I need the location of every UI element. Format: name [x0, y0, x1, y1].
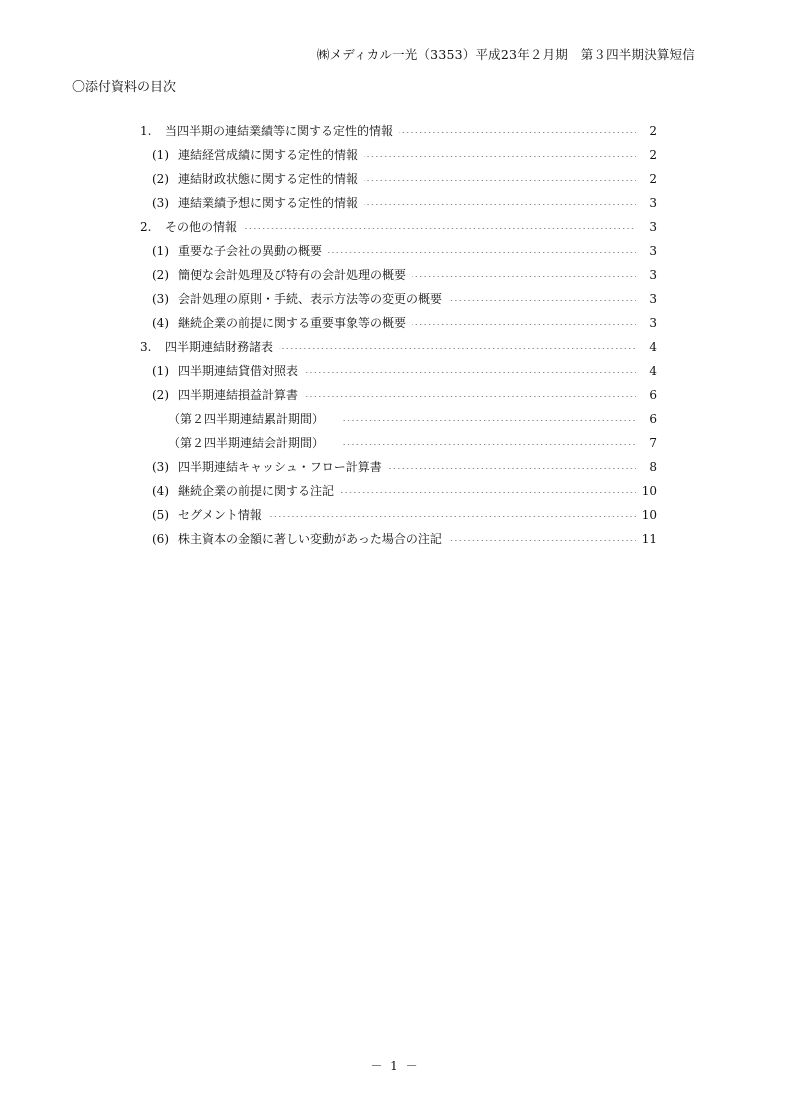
section-title: 〇添付資料の目次	[72, 76, 176, 95]
dot-leader	[300, 361, 636, 381]
toc-entry-page: 10	[637, 481, 657, 501]
toc-entry-number: (4)	[152, 313, 169, 333]
toc-entry-title: 四半期連結損益計算書	[178, 385, 304, 405]
toc-entry[interactable]: (2) 四半期連結損益計算書 6	[0, 385, 790, 405]
toc-entry[interactable]: (3) 連結業績予想に関する定性的情報 3	[0, 193, 790, 213]
toc-entry-page: 7	[637, 433, 657, 453]
toc-entry-page: 10	[637, 505, 657, 525]
page-header: ㈱メディカル一光（3353）平成23年２月期 第３四半期決算短信	[317, 45, 695, 63]
dot-leader	[200, 217, 636, 237]
toc-entry-page: 2	[637, 121, 657, 141]
toc-entry-title: 連結財政状態に関する定性的情報	[178, 169, 364, 189]
toc-entry[interactable]: (6) 株主資本の金額に著しい変動があった場合の注記 11	[0, 529, 790, 549]
toc-entry-number: 3.	[140, 337, 151, 357]
toc-entry[interactable]: (3) 会計処理の原則・手続、表示方法等の変更の概要 3	[0, 289, 790, 309]
toc-entry[interactable]: (4) 継続企業の前提に関する重要事象等の概要 3	[0, 313, 790, 333]
page-number-footer: － 1 －	[0, 1057, 790, 1074]
toc-entry-number: (2)	[152, 265, 169, 285]
toc-entry-page: 3	[637, 217, 657, 237]
toc-entry-number: (2)	[152, 385, 169, 405]
dot-leader	[250, 337, 636, 357]
toc-entry-title: 当四半期の連結業績等に関する定性的情報	[165, 121, 399, 141]
toc-entry-number: (4)	[152, 481, 169, 501]
toc-entry-number: (3)	[152, 289, 169, 309]
toc-entry-number: 2.	[140, 217, 151, 237]
toc-entry-number: (1)	[152, 241, 169, 261]
toc-entry-number: (5)	[152, 505, 169, 525]
toc-entry-number: 1.	[140, 121, 151, 141]
toc-entry-title: （第２四半期連結会計期間）	[168, 433, 330, 453]
toc-entry-title: 四半期連結キャッシュ・フロー計算書	[178, 457, 388, 477]
toc-entry-number: (1)	[152, 145, 169, 165]
toc-entry-title: 継続企業の前提に関する注記	[178, 481, 340, 501]
toc-entry-page: 3	[637, 289, 657, 309]
toc-entry-number: (2)	[152, 169, 169, 189]
toc-entry-title: 四半期連結財務諸表	[165, 337, 279, 357]
toc-entry-page: 4	[637, 337, 657, 357]
toc-entry-title: 連結業績予想に関する定性的情報	[178, 193, 364, 213]
toc-entry-page: 3	[637, 241, 657, 261]
toc-entry-title: 継続企業の前提に関する重要事象等の概要	[178, 313, 412, 333]
toc-entry-title: 会計処理の原則・手続、表示方法等の変更の概要	[178, 289, 448, 309]
toc-entry-title: 簡便な会計処理及び特有の会計処理の概要	[178, 265, 412, 285]
dot-leader	[260, 505, 636, 525]
dot-leader	[300, 241, 636, 261]
toc-entry-page: 3	[637, 313, 657, 333]
toc-entry[interactable]: 3. 四半期連結財務諸表 4	[0, 337, 790, 357]
toc-entry-number: (3)	[152, 457, 169, 477]
toc-entry-page: 2	[637, 145, 657, 165]
toc-entry[interactable]: (3) 四半期連結キャッシュ・フロー計算書 8	[0, 457, 790, 477]
toc-entry-page: 11	[637, 529, 657, 549]
dot-leader	[342, 433, 636, 453]
toc-entry-page: 6	[637, 409, 657, 429]
toc-entry-number: (3)	[152, 193, 169, 213]
toc-entry-page: 2	[637, 169, 657, 189]
toc-entry[interactable]: (1) 重要な子会社の異動の概要 3	[0, 241, 790, 261]
toc-entry-page: 8	[637, 457, 657, 477]
toc-entry-page: 3	[637, 193, 657, 213]
toc-entry[interactable]: (2) 連結財政状態に関する定性的情報 2	[0, 169, 790, 189]
toc-entry-number: (1)	[152, 361, 169, 381]
toc-entry[interactable]: (1) 四半期連結貸借対照表 4	[0, 361, 790, 381]
toc-entry-number: (6)	[152, 529, 169, 549]
dot-leader	[342, 409, 636, 429]
toc-entry-title: （第２四半期連結累計期間）	[168, 409, 330, 429]
toc-entry-title: 重要な子会社の異動の概要	[178, 241, 328, 261]
dot-leader	[300, 385, 636, 405]
toc-entry-page: 6	[637, 385, 657, 405]
dot-leader	[300, 481, 636, 501]
toc-entry[interactable]: （第２四半期連結累計期間） 6	[0, 409, 790, 429]
toc-entry-title: セグメント情報	[178, 505, 268, 525]
toc-entry[interactable]: (1) 連結経営成績に関する定性的情報 2	[0, 145, 790, 165]
toc-entry[interactable]: 1. 当四半期の連結業績等に関する定性的情報 2	[0, 121, 790, 141]
toc-entry-page: 3	[637, 265, 657, 285]
toc-entry[interactable]: （第２四半期連結会計期間） 7	[0, 433, 790, 453]
toc-entry[interactable]: 2. その他の情報 3	[0, 217, 790, 237]
toc-entry[interactable]: (5) セグメント情報 10	[0, 505, 790, 525]
toc-entry[interactable]: (4) 継続企業の前提に関する注記 10	[0, 481, 790, 501]
toc-entry-title: その他の情報	[165, 217, 243, 237]
toc-entry-title: 株主資本の金額に著しい変動があった場合の注記	[178, 529, 448, 549]
toc-entry-title: 連結経営成績に関する定性的情報	[178, 145, 364, 165]
toc-entry[interactable]: (2) 簡便な会計処理及び特有の会計処理の概要 3	[0, 265, 790, 285]
toc-entry-page: 4	[637, 361, 657, 381]
toc-entry-title: 四半期連結貸借対照表	[178, 361, 304, 381]
